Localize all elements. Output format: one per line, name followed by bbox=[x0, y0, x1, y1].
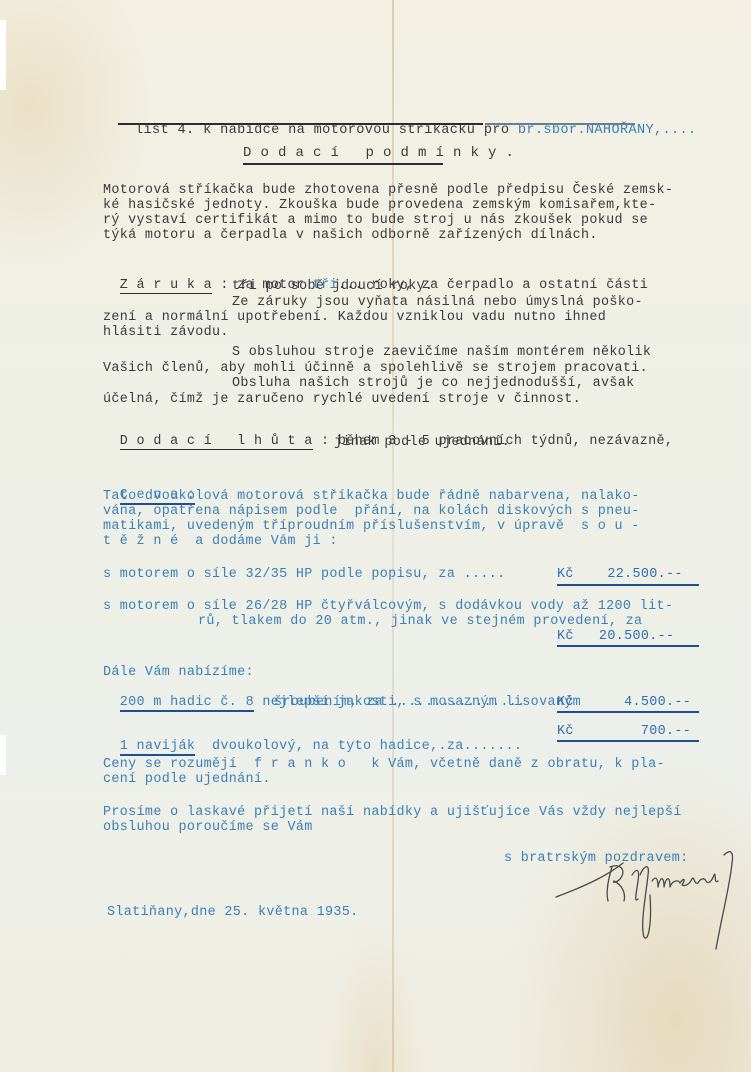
price-line: Tato dvoukolová motorová stříkačka bude … bbox=[103, 489, 640, 504]
price-line: vána, opatřena nápisem podle přání, na k… bbox=[103, 504, 640, 519]
place-date: Slatiňany,dne 25. května 1935. bbox=[107, 905, 359, 920]
intro-line: týká motoru a čerpadla v našich odborně … bbox=[103, 228, 598, 243]
warranty-line: hlásiti závodu. bbox=[103, 325, 229, 340]
warranty-line: Vašich členů, aby mohli účinně a spolehl… bbox=[103, 361, 648, 376]
price-option-2: rů, tlakem do 20 atm., jinak ve stejném … bbox=[198, 614, 642, 629]
price-underline bbox=[557, 740, 699, 742]
intro-line: rý vystaví certifikát a mimo to bude str… bbox=[103, 213, 648, 228]
price-line: matikami, uvedeným tříproudním příslušen… bbox=[103, 519, 640, 534]
warranty-line: Ze záruky jsou vyňata násilná nebo úmysl… bbox=[232, 295, 643, 310]
warranty-line: Obsluha našich strojů je co nejjednodušš… bbox=[232, 376, 635, 391]
price-underline bbox=[557, 584, 699, 586]
hose-line: šroubením, za ................ bbox=[274, 695, 526, 710]
price-option-1: s motorem o síle 32/35 HP podle popisu, … bbox=[103, 567, 506, 582]
torn-edge bbox=[0, 735, 6, 775]
warranty-line: zení a normální upotřebení. Každou vznik… bbox=[103, 310, 606, 325]
warranty-line: S obsluhou stroje zaevičíme naším montér… bbox=[232, 345, 651, 360]
closing-line: obsluhou poroučíme se Vám bbox=[103, 820, 313, 835]
price-option-2-amount: Kč 20.500.-- bbox=[557, 629, 674, 644]
reel-line: 1 naviják dvoukolový, na tyto hadice,.za… bbox=[103, 724, 522, 754]
terms-line: cení podle ujednání. bbox=[103, 772, 271, 787]
intro-line: ké hasičské jednoty. Zkouška bude proved… bbox=[103, 198, 656, 213]
page-title: D o d a c í p o d m í n k y . bbox=[243, 146, 514, 161]
price-option-1-amount: Kč 22.500.-- bbox=[557, 567, 683, 582]
extras-intro: Dále Vám nabízíme: bbox=[103, 665, 254, 680]
reel-label: 1 naviják bbox=[120, 739, 195, 756]
delivery-label: D o d a c í l h ů t a bbox=[120, 434, 313, 450]
header-underline-blue bbox=[485, 123, 635, 125]
header-underline bbox=[118, 123, 483, 125]
warranty-label: Z á r u k a bbox=[120, 278, 212, 294]
closing-line: Prosíme o laskavé přijetí naší nabídky a… bbox=[103, 805, 682, 820]
header-recipient: br.sbor.NAHOŘANY,.... bbox=[518, 123, 697, 138]
intro-line: Motorová stříkačka bude zhotovena přesně… bbox=[103, 183, 673, 198]
torn-edge bbox=[0, 20, 6, 90]
price-underline bbox=[557, 645, 699, 647]
terms-line: Ceny se rozumějí f r a n k o k Vám, včet… bbox=[103, 757, 665, 772]
hose-label: 200 m hadic č. 8 bbox=[120, 695, 254, 712]
title-underline bbox=[243, 163, 443, 165]
price-underline bbox=[557, 711, 699, 713]
handwritten-signature bbox=[548, 845, 748, 955]
reel-amount: Kč 700.-- bbox=[557, 724, 691, 739]
price-option-2: s motorem o síle 26/28 HP čtyřválcovým, … bbox=[103, 599, 673, 614]
warranty-line: tři po sobě jdoucí roky. bbox=[232, 279, 433, 294]
header-prefix: list 4. k nabídce na motorovou stříkačku… bbox=[135, 123, 518, 138]
hose-amount: Kč 4.500.-- bbox=[557, 695, 691, 710]
warranty-line: účelná, čímž je zaručeno rychlé uvedení … bbox=[103, 392, 581, 407]
price-line: t ě ž n é a dodáme Vám ji : bbox=[103, 534, 338, 549]
delivery-line: jinak podle ujednání. bbox=[334, 435, 510, 450]
